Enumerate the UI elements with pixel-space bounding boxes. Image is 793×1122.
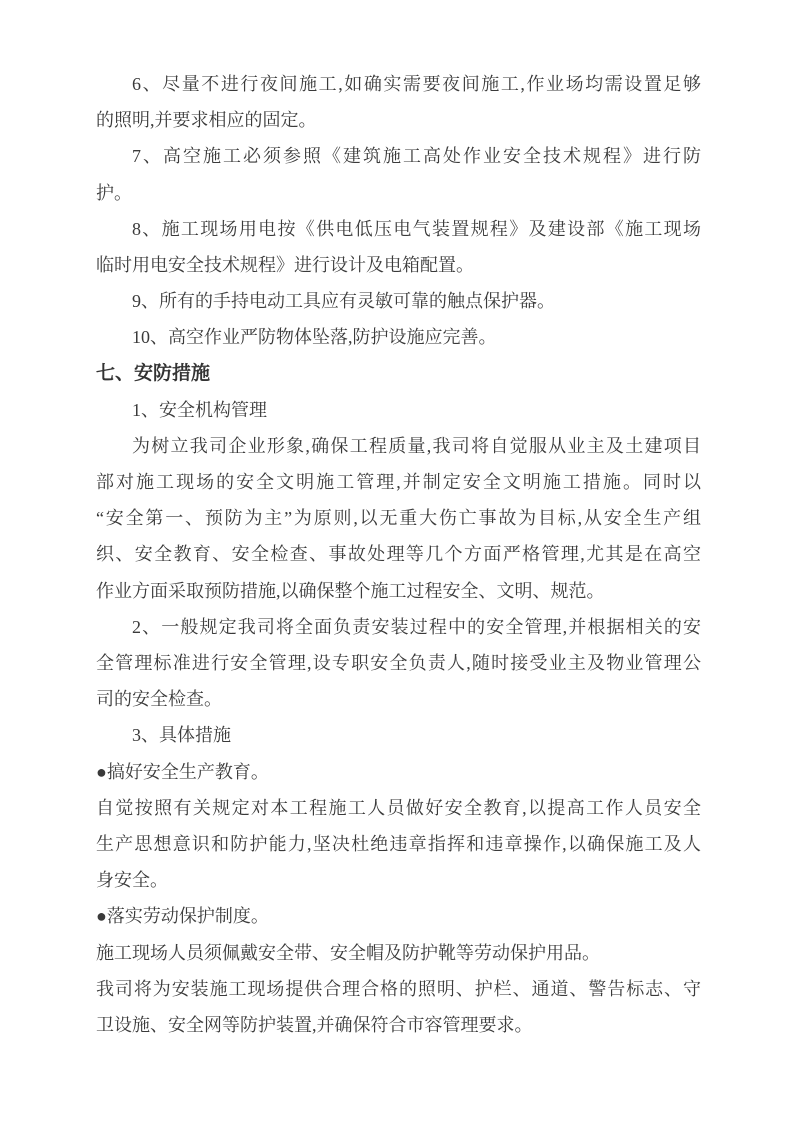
paragraph-item-7: 7、高空施工必须参照《建筑施工高处作业安全技术规程》进行防护。 [96, 138, 701, 210]
text-line: 全管理标准进行安全管理,设专职安全负责人,随时接受业主及物业管理公 [96, 645, 701, 681]
paragraph-sub-2-general: 2、一般规定我司将全面负责安装过程中的安全管理,并根据相关的安全管理标准进行安全… [96, 609, 701, 718]
text-line: 3、具体措施 [96, 717, 701, 753]
text-line: 10、高空作业严防物体坠落,防护设施应完善。 [96, 319, 701, 355]
paragraph-sub-1-safety-org: 1、安全机构管理 [96, 392, 701, 428]
paragraph-para-safety-org: 为树立我司企业形象,确保工程质量,我司将自觉服从业主及土建项目部对施工现场的安全… [96, 428, 701, 609]
paragraph-item-10: 10、高空作业严防物体坠落,防护设施应完善。 [96, 319, 701, 355]
text-line: 卫设施、安全网等防护装置,并确保符合市容管理要求。 [96, 1007, 701, 1043]
paragraph-item-6: 6、尽量不进行夜间施工,如确实需要夜间施工,作业场均需设置足够的照明,并要求相应… [96, 66, 701, 138]
text-line: 护。 [96, 175, 701, 211]
text-line: 的照明,并要求相应的固定。 [96, 102, 701, 138]
text-line: 1、安全机构管理 [96, 392, 701, 428]
text-line: 施工现场人员须佩戴安全带、安全帽及防护靴等劳动保护用品。 [96, 935, 701, 971]
text-line: 织、安全教育、安全检查、事故处理等几个方面严格管理,尤其是在高空 [96, 536, 701, 572]
paragraph-bullet-labor-protection: ●落实劳动保护制度。 [96, 898, 701, 934]
text-line: 2、一般规定我司将全面负责安装过程中的安全管理,并根据相关的安 [96, 609, 701, 645]
paragraph-item-9: 9、所有的手持电动工具应有灵敏可靠的触点保护器。 [96, 283, 701, 319]
text-line: ●搞好安全生产教育。 [96, 754, 701, 790]
paragraph-heading-section-7: 七、安防措施 [96, 356, 701, 392]
paragraph-para-labor-protection: 施工现场人员须佩戴安全带、安全帽及防护靴等劳动保护用品。 [96, 935, 701, 971]
text-line: “安全第一、预防为主”为原则,以无重大伤亡事故为目标,从安全生产组 [96, 500, 701, 536]
text-line: 8、施工现场用电按《供电低压电气装置规程》及建设部《施工现场 [96, 211, 701, 247]
text-line: 司的安全检查。 [96, 681, 701, 717]
text-line: 身安全。 [96, 862, 701, 898]
text-line: 6、尽量不进行夜间施工,如确实需要夜间施工,作业场均需设置足够 [96, 66, 701, 102]
text-line: 生产思想意识和防护能力,坚决杜绝违章指挥和违章操作,以确保施工及人 [96, 826, 701, 862]
paragraph-para-education: 自觉按照有关规定对本工程施工人员做好安全教育,以提高工作人员安全生产思想意识和防… [96, 790, 701, 899]
text-line: 7、高空施工必须参照《建筑施工高处作业安全技术规程》进行防 [96, 138, 701, 174]
document-page: 6、尽量不进行夜间施工,如确实需要夜间施工,作业场均需设置足够的照明,并要求相应… [0, 0, 793, 1122]
text-line: 为树立我司企业形象,确保工程质量,我司将自觉服从业主及土建项目 [96, 428, 701, 464]
document-body: 6、尽量不进行夜间施工,如确实需要夜间施工,作业场均需设置足够的照明,并要求相应… [96, 66, 701, 1043]
text-line: 临时用电安全技术规程》进行设计及电箱配置。 [96, 247, 701, 283]
paragraph-bullet-education: ●搞好安全生产教育。 [96, 754, 701, 790]
text-line: 自觉按照有关规定对本工程施工人员做好安全教育,以提高工作人员安全 [96, 790, 701, 826]
text-line: 部对施工现场的安全文明施工管理,并制定安全文明施工措施。同时以 [96, 464, 701, 500]
text-line: 我司将为安装施工现场提供合理合格的照明、护栏、通道、警告标志、守 [96, 971, 701, 1007]
text-line: 作业方面采取预防措施,以确保整个施工过程安全、文明、规范。 [96, 573, 701, 609]
paragraph-sub-3-specific: 3、具体措施 [96, 717, 701, 753]
paragraph-item-8: 8、施工现场用电按《供电低压电气装置规程》及建设部《施工现场临时用电安全技术规程… [96, 211, 701, 283]
section-heading: 七、安防措施 [96, 356, 701, 392]
text-line: 9、所有的手持电动工具应有灵敏可靠的触点保护器。 [96, 283, 701, 319]
paragraph-para-site-facilities: 我司将为安装施工现场提供合理合格的照明、护栏、通道、警告标志、守卫设施、安全网等… [96, 971, 701, 1043]
text-line: ●落实劳动保护制度。 [96, 898, 701, 934]
